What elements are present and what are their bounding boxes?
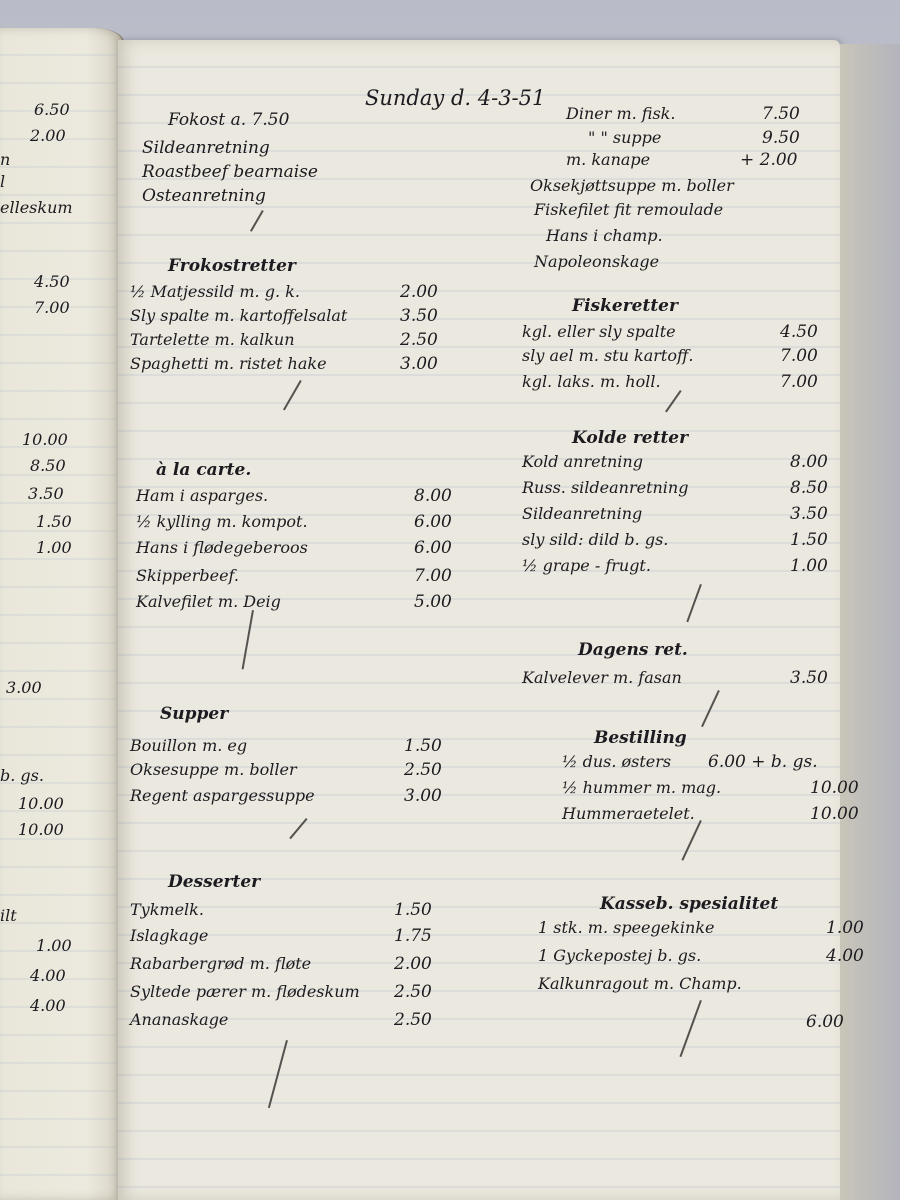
menu-item: Oksekjøttsuppe m. boller	[530, 176, 734, 195]
menu-item: Russ. sildeanretning	[522, 478, 688, 497]
menu-item: ½ hummer m. mag.	[562, 778, 721, 797]
menu-item: Syltede pærer m. flødeskum	[130, 982, 360, 1001]
previous-page-fragment: 3.00	[6, 678, 42, 697]
menu-item-price: + 2.00	[740, 150, 798, 170]
previous-page-fragment: 6.50	[34, 100, 70, 119]
previous-page-fragment: l	[0, 172, 5, 191]
menu-item-price: 6.00	[414, 512, 452, 532]
menu-item: ½ dus. østers	[562, 752, 671, 771]
menu-item-price: 1.75	[394, 926, 432, 946]
menu-item: Diner m. fisk.	[566, 104, 675, 123]
menu-item: Kalvefilet m. Deig	[136, 592, 281, 611]
menu-item-price: 3.00	[400, 354, 438, 374]
menu-item: Oksesuppe m. boller	[130, 760, 297, 779]
menu-item-price: 2.50	[394, 1010, 432, 1030]
menu-item: ½ Matjessild m. g. k.	[130, 282, 300, 301]
date-title: Sunday d. 4-3-51	[365, 86, 545, 110]
menu-item-price: 7.00	[780, 372, 818, 392]
menu-item: sly ael m. stu kartoff.	[522, 346, 693, 365]
page-edge-background	[840, 44, 900, 1200]
menu-item: kgl. laks. m. holl.	[522, 372, 661, 391]
section-heading: Bestilling	[594, 728, 687, 748]
menu-item: Fokost a. 7.50	[168, 110, 289, 130]
menu-item-price: 10.00	[810, 804, 859, 824]
menu-item: Ananaskage	[130, 1010, 228, 1029]
menu-item: Islagkage	[130, 926, 208, 945]
previous-page-fragment: 10.00	[22, 430, 68, 449]
menu-item: Kalkunragout m. Champ.	[538, 974, 742, 993]
menu-item: Hans i champ.	[546, 226, 663, 245]
previous-page-fragment: 1.50	[36, 512, 72, 531]
previous-page-fragment: 3.50	[28, 484, 64, 503]
section-heading: Desserter	[168, 872, 260, 892]
menu-item-price: 4.50	[780, 322, 818, 342]
section-heading: Kolde retter	[572, 428, 688, 448]
previous-page-fragment: 7.00	[34, 298, 70, 317]
menu-item-price: 2.50	[400, 330, 438, 350]
menu-item: Skipperbeef.	[136, 566, 239, 585]
menu-item: Tartelette m. kalkun	[130, 330, 295, 349]
menu-item: Osteanretning	[142, 186, 266, 206]
menu-item-price: 2.00	[394, 954, 432, 974]
menu-item: Napoleonskage	[534, 252, 659, 271]
menu-item: Hans i flødegeberoos	[136, 538, 308, 557]
menu-item: ½ kylling m. kompot.	[136, 512, 308, 531]
menu-item: Sildeanretning	[142, 138, 270, 158]
menu-item: m. kanape	[566, 150, 650, 169]
menu-item: 1 stk. m. speegekinke	[538, 918, 715, 937]
menu-item: 1 Gyckepostej b. gs.	[538, 946, 701, 965]
menu-item-price: 6.00 + b. gs.	[708, 752, 818, 772]
previous-page-fragment: elleskum	[0, 198, 73, 217]
menu-item-price: 1.00	[826, 918, 864, 938]
menu-item: Sly spalte m. kartoffelsalat	[130, 306, 347, 325]
previous-page-fragment: 10.00	[18, 794, 64, 813]
menu-item-price: 4.00	[826, 946, 864, 966]
menu-item: sly sild: dild b. gs.	[522, 530, 668, 549]
menu-item: Kalvelever m. fasan	[522, 668, 682, 687]
menu-item-price: 3.50	[400, 306, 438, 326]
menu-item-price: 1.50	[790, 530, 828, 550]
previous-page-fragment: 10.00	[18, 820, 64, 839]
menu-item-price: 8.50	[790, 478, 828, 498]
menu-item: Spaghetti m. ristet hake	[130, 354, 327, 373]
menu-item: Fiskefilet fit remoulade	[534, 200, 723, 219]
menu-item: Rabarbergrød m. fløte	[130, 954, 311, 973]
previous-page-fragment: 4.00	[30, 996, 66, 1015]
menu-item-price: 1.00	[790, 556, 828, 576]
menu-item: Bouillon m. eg	[130, 736, 247, 755]
menu-item: Ham i asparges.	[136, 486, 268, 505]
previous-page-fragment: n	[0, 150, 10, 169]
menu-item-price: 3.00	[404, 786, 442, 806]
previous-page-fragment: 1.00	[36, 936, 72, 955]
previous-page-fragment: 4.00	[30, 966, 66, 985]
menu-item-price: 10.00	[810, 778, 859, 798]
menu-item-price: 2.50	[404, 760, 442, 780]
section-heading: Kasseb. spesialitet	[600, 894, 778, 914]
menu-item-price: 8.00	[790, 452, 828, 472]
section-heading: Supper	[160, 704, 228, 724]
menu-item: kgl. eller sly spalte	[522, 322, 676, 341]
menu-item-price: 8.00	[414, 486, 452, 506]
menu-item-price: 7.50	[762, 104, 800, 124]
menu-item-price: 7.00	[780, 346, 818, 366]
menu-item-price: 6.00	[414, 538, 452, 558]
menu-item-price: 2.00	[400, 282, 438, 302]
section-heading: Frokostretter	[168, 256, 296, 276]
menu-item: Kold anretning	[522, 452, 643, 471]
section-heading: Dagens ret.	[578, 640, 688, 660]
menu-item: Roastbeef bearnaise	[142, 162, 318, 182]
previous-page-fragment: 4.50	[34, 272, 70, 291]
previous-page-fragment: 8.50	[30, 456, 66, 475]
menu-item: Tykmelk.	[130, 900, 204, 919]
menu-item-price: 9.50	[762, 128, 800, 148]
menu-item-price: 5.00	[414, 592, 452, 612]
menu-item-price: 2.50	[394, 982, 432, 1002]
menu-item: Sildeanretning	[522, 504, 642, 523]
section-heading: Fiskeretter	[572, 296, 678, 316]
menu-item: " " suppe	[588, 128, 661, 147]
previous-page-fragment: 1.00	[36, 538, 72, 557]
previous-page-fragment: b. gs.	[0, 766, 44, 785]
section-heading: à la carte.	[156, 460, 251, 480]
menu-item-price: 1.50	[404, 736, 442, 756]
menu-item-price: 3.50	[790, 504, 828, 524]
menu-item: Regent aspargessuppe	[130, 786, 315, 805]
menu-item-price: 6.00	[806, 1012, 844, 1032]
menu-item-price: 1.50	[394, 900, 432, 920]
previous-page-fragment: 2.00	[30, 126, 66, 145]
menu-item-price: 3.50	[790, 668, 828, 688]
menu-item-price: 7.00	[414, 566, 452, 586]
previous-page-fragment: ilt	[0, 906, 17, 925]
menu-item: Hummeraetelet.	[562, 804, 695, 823]
menu-item: ½ grape - frugt.	[522, 556, 651, 575]
